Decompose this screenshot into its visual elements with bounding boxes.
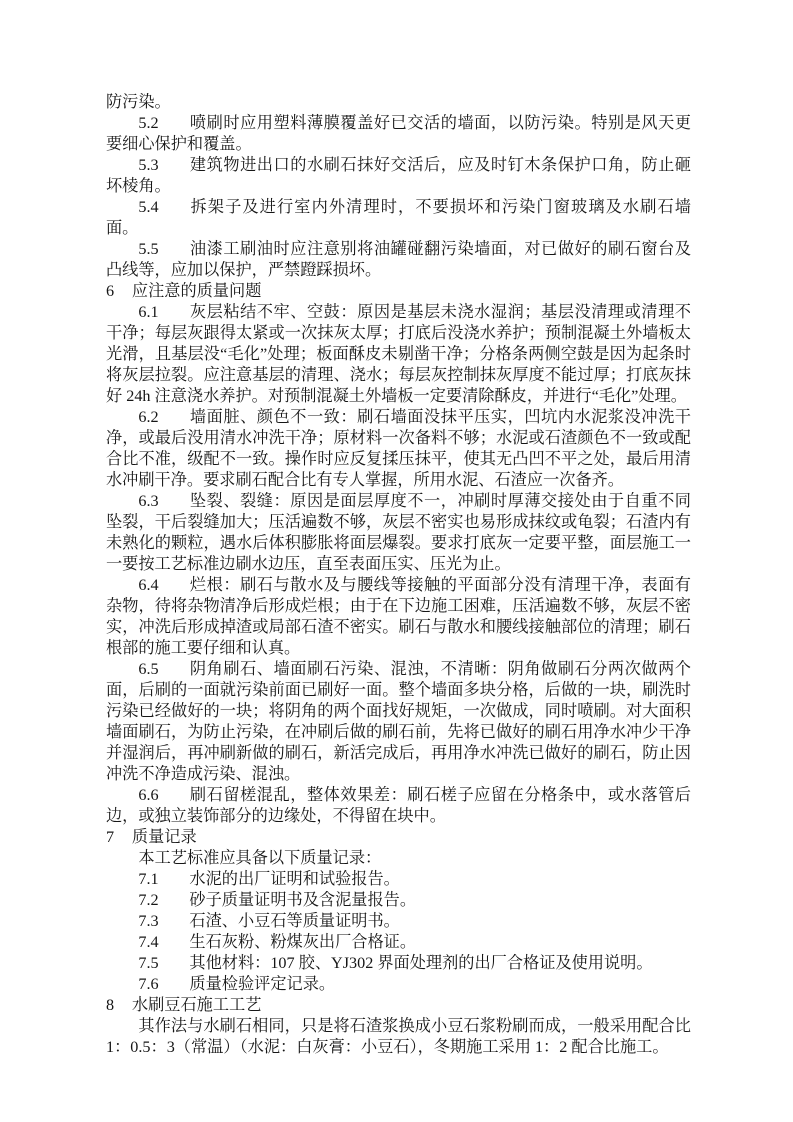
paragraph: 6.2墙面脏、颜色不一致：刷石墙面没抹平压实，凹坑内水泥浆没冲洗干净，或最后没用… <box>106 407 691 491</box>
paragraph-text: 石渣、小豆石等质量证明书。 <box>189 912 399 930</box>
paragraph: 6.4烂根：刷石与散水及与腰线等接触的平面部分没有清理干净，表面有杂物，待将杂物… <box>106 575 691 659</box>
document-page: 防污染。5.2喷刷时应用塑料薄膜覆盖好已交活的墙面，以防污染。特别是风天更要细心… <box>0 0 793 1122</box>
paragraph-text: 阴角刷石、墙面刷石污染、混浊，不清晰：阴角做刷石分两次做两个面，后刷的一面就污染… <box>106 660 691 783</box>
paragraph-text: 烂根：刷石与散水及与腰线等接触的平面部分没有清理干净，表面有杂物，待将杂物清净后… <box>106 576 691 657</box>
paragraph: 6.5阴角刷石、墙面刷石污染、混浊，不清晰：阴角做刷石分两次做两个面，后刷的一面… <box>106 659 691 785</box>
paragraph-text: 建筑物进出口的水刷石抹好交活后，应及时钉木条保护口角，防止砸坏棱角。 <box>106 156 691 195</box>
paragraph-text: 喷刷时应用塑料薄膜覆盖好已交活的墙面，以防污染。特别是风天更要细心保护和覆盖。 <box>106 114 691 153</box>
paragraph-text: 油漆工刷油时应注意别将油罐碰翻污染墙面，对已做好的刷石窗台及凸线等，应加以保护，… <box>106 240 691 279</box>
item-number: 7.6 <box>138 975 158 993</box>
paragraph-text: 防污染。 <box>106 93 171 111</box>
paragraph-text: 坠裂、裂缝：原因是面层厚度不一，冲刷时厚薄交接处由于自重不同坠裂，干后裂缝加大；… <box>106 492 691 573</box>
item-number: 6.2 <box>138 408 158 426</box>
paragraph-text: 灰层粘结不牢、空鼓：原因是基层未浇水湿润；基层没清理或清理不干净；每层灰跟得太紧… <box>106 303 691 405</box>
paragraph-text: 本工艺标准应具备以下质量记录： <box>138 849 381 867</box>
paragraph: 5.2喷刷时应用塑料薄膜覆盖好已交活的墙面，以防污染。特别是风天更要细心保护和覆… <box>106 113 691 155</box>
item-number: 7.2 <box>138 891 158 909</box>
paragraph: 5.3建筑物进出口的水刷石抹好交活后，应及时钉木条保护口角，防止砸坏棱角。 <box>106 155 691 197</box>
paragraph: 6.6刷石留槎混乱，整体效果差：刷石槎子应留在分格条中，或水落管后边，或独立装饰… <box>106 785 691 827</box>
paragraph: 6应注意的质量问题 <box>106 281 691 302</box>
paragraph: 其作法与水刷石相同，只是将石渣浆换成小豆石浆粉刷而成，一般采用配合比 1：0.5… <box>106 1016 691 1058</box>
item-number: 5.3 <box>138 156 158 174</box>
item-number: 7.4 <box>138 933 158 951</box>
paragraph: 防污染。 <box>106 92 691 113</box>
item-number: 7.3 <box>138 912 158 930</box>
item-number: 5.4 <box>138 198 158 216</box>
item-number: 7.5 <box>138 954 158 972</box>
paragraph: 7质量记录 <box>106 827 691 848</box>
paragraph-text: 质量记录 <box>132 828 197 846</box>
item-number: 7 <box>106 828 114 846</box>
paragraph: 本工艺标准应具备以下质量记录： <box>106 848 691 869</box>
paragraph: 6.3坠裂、裂缝：原因是面层厚度不一，冲刷时厚薄交接处由于自重不同坠裂，干后裂缝… <box>106 491 691 575</box>
document-body: 防污染。5.2喷刷时应用塑料薄膜覆盖好已交活的墙面，以防污染。特别是风天更要细心… <box>106 92 691 1058</box>
item-number: 6.3 <box>138 492 158 510</box>
paragraph: 7.2砂子质量证明书及含泥量报告。 <box>106 890 691 911</box>
paragraph: 7.5其他材料：107 胶、YJ302 界面处理剂的出厂合格证及使用说明。 <box>106 953 691 974</box>
paragraph-text: 水泥的出厂证明和试验报告。 <box>189 870 399 888</box>
paragraph-text: 质量检验评定记录。 <box>189 975 335 993</box>
paragraph: 5.4拆架子及进行室内外清理时，不要损坏和污染门窗玻璃及水刷石墙面。 <box>106 197 691 239</box>
item-number: 7.1 <box>138 870 158 888</box>
paragraph: 5.5油漆工刷油时应注意别将油罐碰翻污染墙面，对已做好的刷石窗台及凸线等，应加以… <box>106 239 691 281</box>
paragraph-text: 其作法与水刷石相同，只是将石渣浆换成小豆石浆粉刷而成，一般采用配合比 1：0.5… <box>106 1017 691 1056</box>
paragraph: 7.4生石灰粉、粉煤灰出厂合格证。 <box>106 932 691 953</box>
item-number: 8 <box>106 996 114 1014</box>
paragraph-text: 砂子质量证明书及含泥量报告。 <box>189 891 416 909</box>
paragraph-text: 拆架子及进行室内外清理时，不要损坏和污染门窗玻璃及水刷石墙面。 <box>106 198 691 237</box>
paragraph: 7.6质量检验评定记录。 <box>106 974 691 995</box>
paragraph: 6.1灰层粘结不牢、空鼓：原因是基层未浇水湿润；基层没清理或清理不干净；每层灰跟… <box>106 302 691 407</box>
paragraph-text: 水刷豆石施工工艺 <box>132 996 262 1014</box>
paragraph: 8水刷豆石施工工艺 <box>106 995 691 1016</box>
item-number: 6.4 <box>138 576 158 594</box>
item-number: 6 <box>106 282 114 300</box>
item-number: 6.5 <box>138 660 158 678</box>
item-number: 6.6 <box>138 786 158 804</box>
paragraph: 7.3石渣、小豆石等质量证明书。 <box>106 911 691 932</box>
paragraph-text: 墙面脏、颜色不一致：刷石墙面没抹平压实，凹坑内水泥浆没冲洗干净，或最后没用清水冲… <box>106 408 691 489</box>
paragraph-text: 生石灰粉、粉煤灰出厂合格证。 <box>189 933 416 951</box>
paragraph-text: 其他材料：107 胶、YJ302 界面处理剂的出厂合格证及使用说明。 <box>189 954 652 972</box>
item-number: 5.5 <box>138 240 158 258</box>
paragraph-text: 应注意的质量问题 <box>132 282 262 300</box>
paragraph-text: 刷石留槎混乱，整体效果差：刷石槎子应留在分格条中，或水落管后边，或独立装饰部分的… <box>106 786 691 825</box>
paragraph: 7.1水泥的出厂证明和试验报告。 <box>106 869 691 890</box>
item-number: 6.1 <box>138 303 158 321</box>
item-number: 5.2 <box>138 114 158 132</box>
